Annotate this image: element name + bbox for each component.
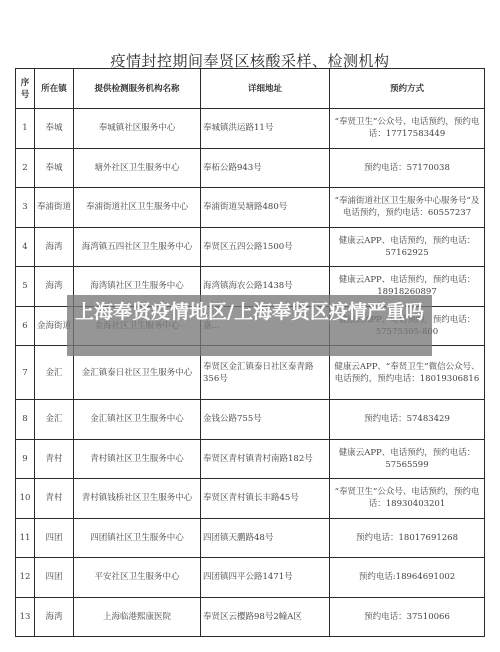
table-row: 8 金汇 金汇镇社区卫生服务中心 金钱公路755号 预约电话：57483429 xyxy=(16,400,485,440)
table-row: 4 海湾 海湾镇五四社区卫生服务中心 奉贤区五四公路1500号 健康云APP、电… xyxy=(16,227,485,267)
cell-town: 青村 xyxy=(35,439,74,479)
header-address: 详细地址 xyxy=(201,69,330,109)
cell-town: 青村 xyxy=(35,479,74,519)
cell-booking: “奉贤卫生”公众号、电话预约，预约电话：18930403201 xyxy=(330,479,485,519)
cell-address: 奉贤区五四公路1500号 xyxy=(201,227,330,267)
cell-booking: 预约电话：57170038 xyxy=(330,148,485,188)
table-row: 11 四团 四团镇社区卫生服务中心 四团镇天鹏路48号 预约电话：1801769… xyxy=(16,518,485,558)
cell-institution-name: 四团镇社区卫生服务中心 xyxy=(74,518,201,558)
cell-address: 奉贤区青村镇青村南路182号 xyxy=(201,439,330,479)
cell-address: 奉浦街道吴塘路480号 xyxy=(201,188,330,228)
cell-address: 金钱公路755号 xyxy=(201,400,330,440)
cell-no: 8 xyxy=(16,400,35,440)
cell-booking: 健康云APP、电话预约，预约电话：57565599 xyxy=(330,439,485,479)
cell-booking: “奉浦街道社区卫生服务中心服务号”及电话预约，预约电话：60557237 xyxy=(330,188,485,228)
cell-booking: 预约电话：37510066 xyxy=(330,597,485,637)
cell-no: 6 xyxy=(16,306,35,346)
table-header-row: 序号 所在镇 提供检测服务机构名称 详细地址 预约方式 xyxy=(16,69,485,109)
cell-town: 海湾 xyxy=(35,597,74,637)
header-institution-name: 提供检测服务机构名称 xyxy=(74,69,201,109)
cell-no: 4 xyxy=(16,227,35,267)
cell-institution-name: 海湾镇五四社区卫生服务中心 xyxy=(74,227,201,267)
header-booking: 预约方式 xyxy=(330,69,485,109)
table-row: 10 青村 青村镇钱桥社区卫生服务中心 奉贤区青村镇长丰路45号 “奉贤卫生”公… xyxy=(16,479,485,519)
table-row: 2 奉城 塘外社区卫生服务中心 奉柘公路943号 预约电话：57170038 xyxy=(16,148,485,188)
table-row: 12 四团 平安社区卫生服务中心 四团镇四平公路1471号 预约电话:18964… xyxy=(16,558,485,598)
cell-no: 2 xyxy=(16,148,35,188)
cell-town: 海湾 xyxy=(35,227,74,267)
cell-booking: 预约电话:18964691002 xyxy=(330,558,485,598)
table-row: 3 奉浦街道 奉浦街道社区卫生服务中心 奉浦街道吴塘路480号 “奉浦街道社区卫… xyxy=(16,188,485,228)
cell-booking: “奉贤卫生”公众号、电话预约，预约电话：17717583449 xyxy=(330,109,485,149)
cell-no: 1 xyxy=(16,109,35,149)
header-no: 序号 xyxy=(16,69,35,109)
cell-institution-name: 上海临港熙康医院 xyxy=(74,597,201,637)
cell-institution-name: 塘外社区卫生服务中心 xyxy=(74,148,201,188)
cell-no: 5 xyxy=(16,267,35,307)
cell-address: 奉城镇洪运路11号 xyxy=(201,109,330,149)
cell-address: 奉贤区青村镇长丰路45号 xyxy=(201,479,330,519)
cell-address: 奉柘公路943号 xyxy=(201,148,330,188)
cell-booking: 预约电话：18017691268 xyxy=(330,518,485,558)
table-row: 13 海湾 上海临港熙康医院 奉贤区云樱路98号2幢A区 预约电话：375100… xyxy=(16,597,485,637)
cell-town: 奉城 xyxy=(35,148,74,188)
cell-no: 11 xyxy=(16,518,35,558)
cell-institution-name: 奉浦街道社区卫生服务中心 xyxy=(74,188,201,228)
cell-town: 奉城 xyxy=(35,109,74,149)
cell-institution-name: 金汇镇社区卫生服务中心 xyxy=(74,400,201,440)
cell-address: 奉贤区云樱路98号2幢A区 xyxy=(201,597,330,637)
cell-address: 四团镇四平公路1471号 xyxy=(201,558,330,598)
cell-no: 10 xyxy=(16,479,35,519)
cell-no: 13 xyxy=(16,597,35,637)
cell-town: 奉浦街道 xyxy=(35,188,74,228)
table-row: 1 奉城 奉城镇社区服务中心 奉城镇洪运路11号 “奉贤卫生”公众号、电话预约，… xyxy=(16,109,485,149)
table-row: 9 青村 青村镇社区卫生服务中心 奉贤区青村镇青村南路182号 健康云APP、电… xyxy=(16,439,485,479)
cell-booking: 预约电话：57483429 xyxy=(330,400,485,440)
cell-institution-name: 青村镇钱桥社区卫生服务中心 xyxy=(74,479,201,519)
cell-booking: 健康云APP、电话预约，预约电话：57162925 xyxy=(330,227,485,267)
cell-no: 7 xyxy=(16,346,35,400)
cell-address: 四团镇天鹏路48号 xyxy=(201,518,330,558)
cell-no: 3 xyxy=(16,188,35,228)
header-town: 所在镇 xyxy=(35,69,74,109)
cell-institution-name: 平安社区卫生服务中心 xyxy=(74,558,201,598)
cell-no: 9 xyxy=(16,439,35,479)
cell-town: 四团 xyxy=(35,558,74,598)
caption-overlay: 上海奉贤疫情地区/上海奉贤区疫情严重吗 xyxy=(67,295,432,356)
cell-town: 金汇 xyxy=(35,400,74,440)
cell-town: 四团 xyxy=(35,518,74,558)
cell-institution-name: 青村镇社区卫生服务中心 xyxy=(74,439,201,479)
cell-no: 12 xyxy=(16,558,35,598)
cell-institution-name: 奉城镇社区服务中心 xyxy=(74,109,201,149)
